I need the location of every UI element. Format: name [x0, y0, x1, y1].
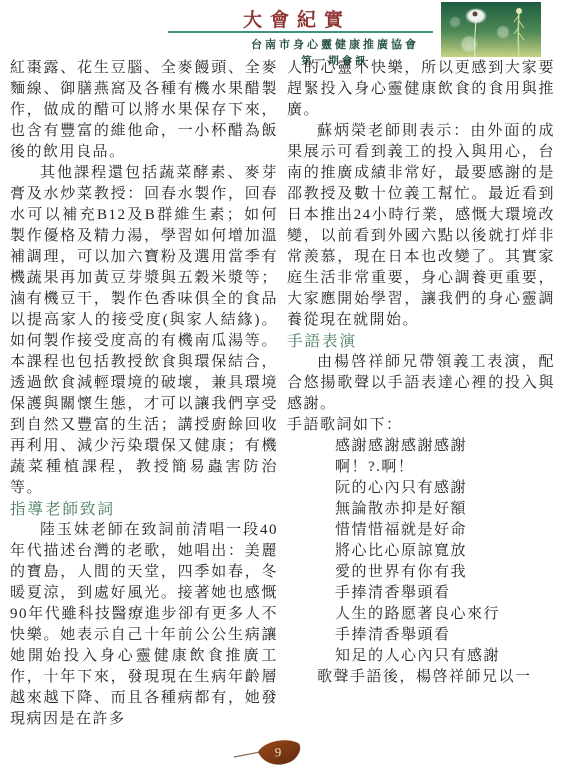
paragraph-after-song: 歌聲手語後，楊啓祥師兄以一	[287, 667, 555, 688]
title-underline	[168, 31, 433, 33]
lyric-line: 感謝感謝感謝感謝	[335, 436, 555, 457]
organization-name: 台南市身心靈健康推廣協會	[215, 36, 455, 52]
paragraph-teacher-speech: 陸玉妹老師在致詞前清唱一段40年代描述台灣的老歌，她唱出：美麗的寶島，人間的天堂…	[10, 520, 278, 730]
lyrics-block: 感謝感謝感謝感謝 啊！?.啊！ 阮的心內只有感謝 無論散赤抑是好額 惜情惜福就是…	[287, 436, 555, 667]
page-number-leaf: 9	[233, 737, 305, 767]
page-number: 9	[275, 745, 282, 760]
dandelion-photo-graphic	[441, 2, 541, 57]
lyric-line: 人生的路愿著良心來行	[335, 604, 555, 625]
section-heading-sign-language: 手語表演	[287, 331, 555, 352]
left-column: 紅棗露、花生豆腦、全麥饅頭、全麥麵線、御膳燕窩及各種有機水果醋製作，做成的醋可以…	[10, 58, 278, 730]
paragraph-other-courses: 其他課程還包括蔬菜酵素、麥芽膏及水炒菜教授：回春水製作，回春水可以補充B12及B…	[10, 163, 278, 499]
lyric-line: 無論散赤抑是好額	[335, 499, 555, 520]
paragraph-food-products: 紅棗露、花生豆腦、全麥饅頭、全麥麵線、御膳燕窩及各種有機水果醋製作，做成的醋可以…	[10, 58, 278, 163]
lyric-line: 手捧清香舉頭看	[335, 583, 555, 604]
lyric-line: 啊！?.啊！	[335, 457, 555, 478]
lyric-line: 將心比心原諒寬放	[335, 541, 555, 562]
lyric-line: 惜情惜福就是好命	[335, 520, 555, 541]
paragraph-speech-continued: 人的心靈不快樂，所以更感到大家要趕緊投入身心靈健康飲食的食用與推廣。	[287, 58, 555, 121]
paragraph-sign-performance: 由楊啓祥師兄帶領義工表演，配合悠揚歌聲以手語表達心裡的投入與感謝。	[287, 352, 555, 415]
lyric-line: 手捧清香舉頭看	[335, 625, 555, 646]
paragraph-su-teacher: 蘇炳榮老師則表示：由外面的成果展示可看到義工的投入與用心，台南的推廣成績非常好，…	[287, 121, 555, 331]
lyric-line: 知足的人心內只有感謝	[335, 646, 555, 667]
lyric-line: 愛的世界有你有我	[335, 562, 555, 583]
newsletter-page: 大會紀實 台南市身心靈健康推廣協會 第一期會訊	[0, 0, 561, 768]
page-title: 大會紀實	[243, 5, 443, 32]
leaf-icon: 9	[233, 737, 305, 767]
lyrics-intro: 手語歌詞如下：	[287, 415, 555, 436]
dandelion-photo	[441, 2, 541, 57]
lyric-line: 阮的心內只有感謝	[335, 478, 555, 499]
section-heading-teacher-speech: 指導老師致詞	[10, 499, 278, 520]
right-column: 人的心靈不快樂，所以更感到大家要趕緊投入身心靈健康飲食的食用與推廣。 蘇炳榮老師…	[287, 58, 555, 688]
